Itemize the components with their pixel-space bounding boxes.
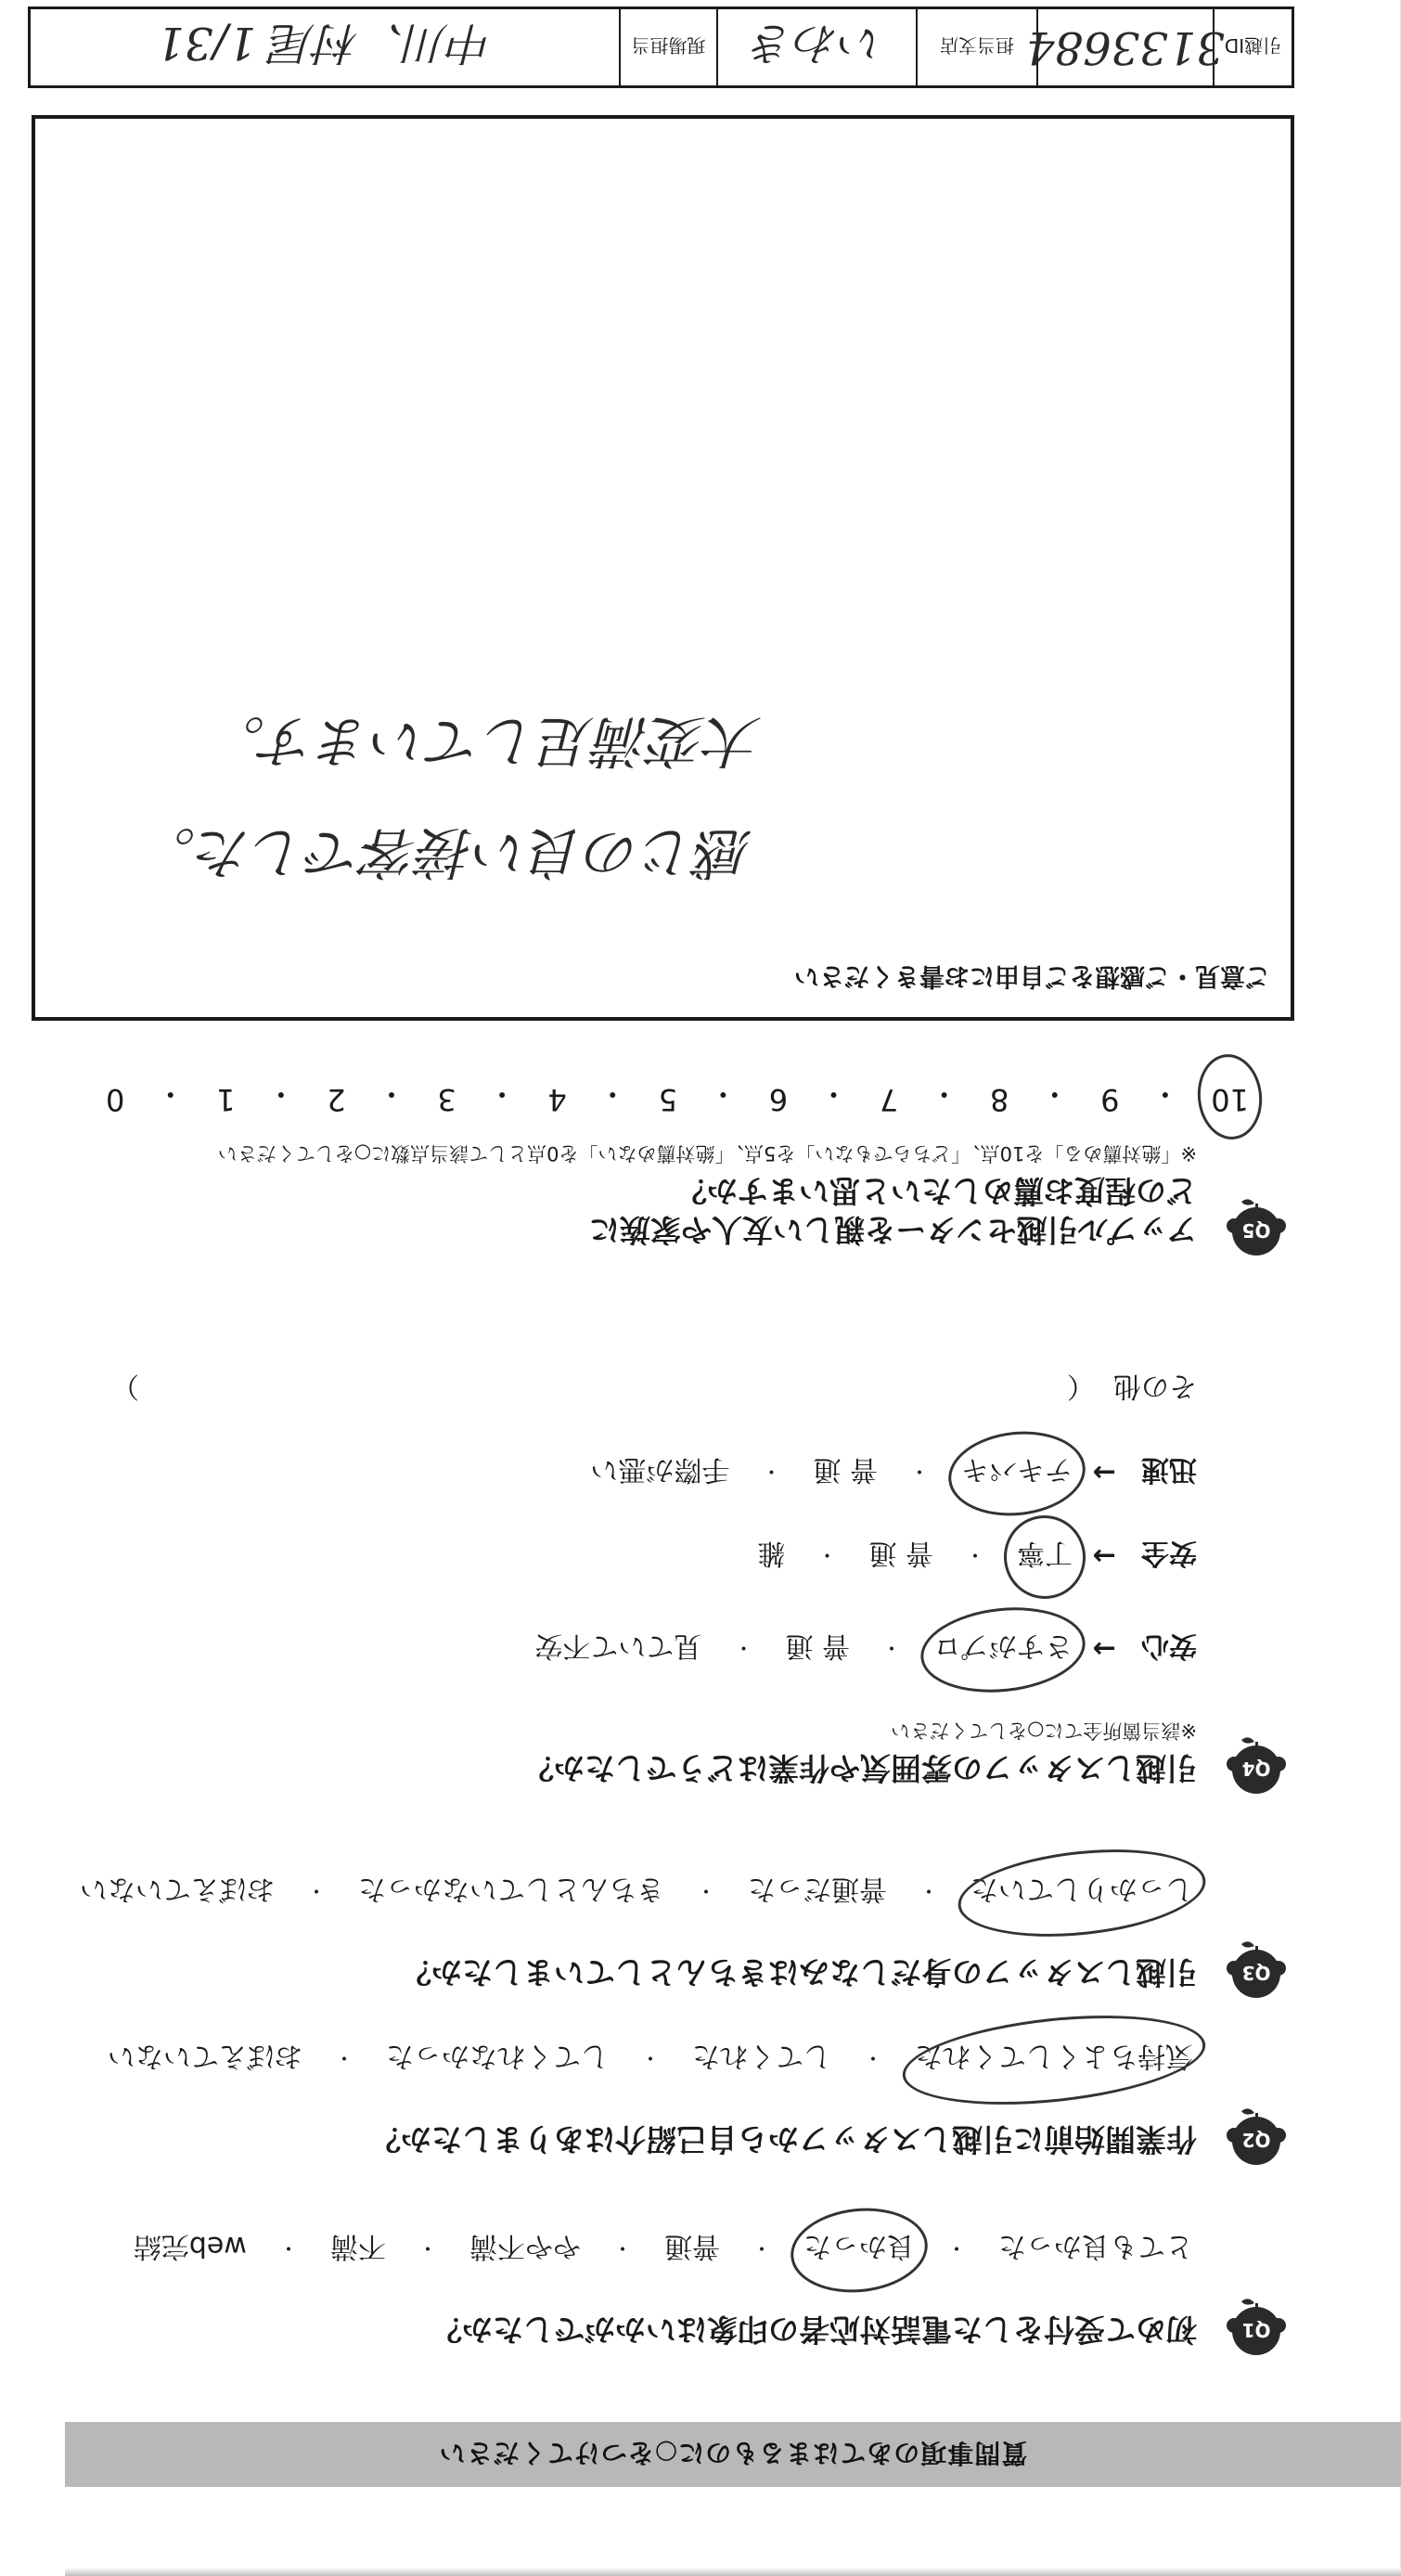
q2-option[interactable]: おぼえていない <box>104 2039 306 2080</box>
q4-note: ※該当箇所全てに○をしてください <box>891 1718 1197 1745</box>
apple-q-badge-icon: Q3 <box>1223 1937 1290 2003</box>
branch-cell[interactable]: いわき <box>716 9 916 85</box>
score-option[interactable]: 8 <box>986 1075 1012 1117</box>
instruction-band: 質問事項のあてはまるものに○をつけてください <box>65 2422 1401 2487</box>
move-id-cell[interactable]: 3133684 <box>1036 9 1213 85</box>
score-option[interactable]: 1 <box>212 1075 238 1117</box>
q3-option[interactable]: 普通だった <box>744 1872 891 1913</box>
q4-row-label: 安全 <box>1132 1536 1197 1577</box>
q4-option[interactable]: 見ていて不安 <box>531 1629 705 1669</box>
score-option[interactable]: 3 <box>433 1075 459 1117</box>
apple-q-badge-icon: Q5 <box>1223 1194 1290 1261</box>
score-option[interactable]: 6 <box>765 1075 791 1117</box>
q3-option-selected[interactable]: しっかりしていた <box>967 1872 1197 1913</box>
staff-cell[interactable]: 中川、村尾 1/31 <box>31 9 619 85</box>
q3-title: 引越しスタッフの身だしなみはきちんとしていましたか？ <box>401 1952 1197 1996</box>
q2-option[interactable]: してくれた <box>688 2039 835 2080</box>
svg-text:Q3: Q3 <box>1242 1962 1271 1984</box>
staff-value: 中川、村尾 1/31 <box>156 16 493 80</box>
apple-q-badge-icon: Q1 <box>1223 2294 1290 2361</box>
staff-label-cell: 現場担当 <box>619 9 716 85</box>
q1-option[interactable]: やや不満 <box>466 2229 585 2270</box>
q4-option-selected[interactable]: 丁寧 <box>1013 1536 1076 1577</box>
score-option[interactable]: 2 <box>323 1075 349 1117</box>
survey-sheet: 質問事項のあてはまるものに○をつけてください Q1 初めて受付をした電話対応者の… <box>0 0 1401 2576</box>
svg-text:Q4: Q4 <box>1242 1758 1271 1780</box>
q4-option[interactable]: 普 通 <box>781 1629 854 1669</box>
q1-option[interactable]: とても良かった <box>995 2229 1197 2270</box>
q3-options: しっかりしていた・ 普通だった・ きちんとしていなかった・ おぼえていない <box>76 1872 1197 1913</box>
apple-q-badge-icon: Q4 <box>1223 1732 1290 1799</box>
q1-options: とても良かった・ 良かった・ 普通・ やや不満・ 不満・ web完結 <box>130 2229 1197 2270</box>
comment-label: ご意見・ご感想をご自由にお書きください <box>794 960 1270 997</box>
score-option[interactable]: 4 <box>545 1075 571 1117</box>
branch-value: いわき <box>751 16 884 80</box>
branch-label-cell: 担当支店 <box>916 9 1036 85</box>
staff-label: 現場担当 <box>632 34 706 61</box>
q5-title-line1: アップル引越センターを親しい友人や家族に <box>589 1210 1197 1254</box>
q1-option[interactable]: 不満 <box>327 2229 390 2270</box>
q4-other-row: その他 （ ） <box>56 1369 1197 1410</box>
q1-option[interactable]: web完結 <box>130 2229 251 2270</box>
scan-edge-shadow <box>65 2569 1401 2576</box>
q4-option[interactable]: 手際が悪い <box>586 1452 733 1493</box>
q4-row-label: 安心 <box>1132 1629 1197 1669</box>
move-id-value: 3133684 <box>1026 21 1225 73</box>
q4-option[interactable]: 普 通 <box>809 1452 881 1493</box>
q2-option-selected[interactable]: 気持ちよくしてくれた <box>911 2039 1197 2080</box>
q4-option-selected[interactable]: さすがプロ <box>930 1629 1076 1669</box>
q2-title: 作業開始前に引越しスタッフから自己紹介はありましたか？ <box>370 2119 1197 2163</box>
q4-other-label: その他 <box>1113 1369 1197 1410</box>
q4-option-selected[interactable]: テキパキ <box>958 1452 1076 1493</box>
q2-option[interactable]: してくれなかった <box>382 2039 612 2080</box>
score-option-selected[interactable]: 10 <box>1207 1075 1253 1117</box>
score-option[interactable]: 5 <box>655 1075 681 1117</box>
apple-q-badge-icon: Q2 <box>1223 2104 1290 2170</box>
svg-text:Q5: Q5 <box>1242 1219 1271 1242</box>
q1-title: 初めて受付をした電話対応者の印象はいかがでしたか？ <box>431 2310 1197 2353</box>
q4-row-label: 迅速 <box>1132 1452 1197 1493</box>
q4-other-close: ） <box>111 1369 139 1410</box>
q1-option-selected[interactable]: 良かった <box>800 2229 919 2270</box>
q5-score-scale: 10・ 9・ 8・ 7・ 6・ 5・ 4・ 3・ 2・ 1・ 0 <box>102 1075 1253 1117</box>
q4-row-anshin: 安心 → さすがプロ・ 普 通・ 見ていて不安 <box>531 1629 1197 1669</box>
score-option[interactable]: 7 <box>876 1075 902 1117</box>
score-option[interactable]: 0 <box>102 1075 128 1117</box>
q4-title: 引越しスタッフの雰囲気や作業はどうでしたか？ <box>523 1748 1197 1792</box>
move-id-label: 引越ID <box>1225 34 1281 61</box>
instruction-text: 質問事項のあてはまるものに○をつけてください <box>439 2436 1027 2473</box>
q4-row-anzen: 安全 → 丁寧・ 普 通・ 雑 <box>753 1536 1197 1577</box>
branch-label: 担当支店 <box>940 34 1014 61</box>
q1-option[interactable]: 普通 <box>661 2229 724 2270</box>
comment-box[interactable]: ご意見・ご感想をご自由にお書きください 感じの良い接客でした。 大変満足していま… <box>32 115 1294 1021</box>
comment-handwriting-line2: 大変満足しています。 <box>210 705 762 785</box>
q3-option[interactable]: きちんとしていなかった <box>354 1872 668 1913</box>
q4-row-jinsoku: 迅速 → テキパキ・ 普 通・ 手際が悪い <box>586 1452 1197 1493</box>
q4-other-open: （ <box>1067 1369 1095 1410</box>
q4-option[interactable]: 雑 <box>753 1536 789 1577</box>
svg-text:Q2: Q2 <box>1242 2129 1271 2151</box>
comment-handwriting-line1: 感じの良い接客でした。 <box>140 817 752 896</box>
q5-note: ※「絶対薦める」を10点、「どちらでもない」を5点、「絶対薦めない」を0点として… <box>218 1140 1197 1168</box>
svg-text:Q1: Q1 <box>1242 2319 1271 2341</box>
q2-options: 気持ちよくしてくれた・ してくれた・ してくれなかった・ おぼえていない <box>104 2039 1197 2080</box>
info-table: 引越ID 3133684 担当支店 いわき 現場担当 中川、村尾 1/31 <box>28 6 1294 88</box>
score-option[interactable]: 9 <box>1097 1075 1123 1117</box>
q5-title-line2: どの程度お薦めしたいと思いますか？ <box>676 1171 1197 1215</box>
q4-option[interactable]: 普 通 <box>865 1536 937 1577</box>
q3-option[interactable]: おぼえていない <box>76 1872 278 1913</box>
